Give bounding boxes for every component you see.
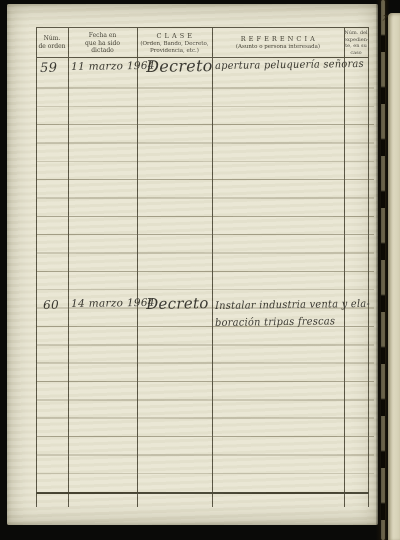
header-subtitle: (Asunto o persona interesada)	[212, 44, 344, 51]
header-title: R E F E R E N C I A	[212, 35, 344, 43]
column-header-clase: C L A S E (Orden, Bando, Decreto, Provid…	[137, 32, 212, 55]
header-line: de orden	[36, 43, 68, 51]
next-page-edge	[388, 13, 400, 540]
entry-fecha: 14 marzo 1964	[71, 297, 155, 310]
table-top-border	[36, 27, 369, 28]
column-header-fecha: Fecha en que ha sido dictado	[68, 32, 137, 55]
entry-fecha: 11 marzo 1964	[71, 60, 155, 73]
column-header-referencia: R E F E R E N C I A (Asunto o persona in…	[212, 35, 344, 51]
entry-clase: Decreto	[146, 56, 213, 76]
ruled-lines	[36, 70, 374, 474]
header-line: dictado	[68, 47, 137, 55]
entry-referencia-line1: Instalar industria venta y ela-	[215, 298, 370, 312]
header-title: C L A S E	[137, 32, 212, 40]
column-header-num-orden: Núm. de orden	[36, 35, 68, 50]
scanned-registry-page: Núm. de orden Fecha en que ha sido dicta…	[7, 4, 378, 525]
grid-line-vertical	[212, 27, 213, 507]
entry-num: 59	[40, 61, 57, 76]
header-line: que ha sido	[68, 40, 137, 48]
column-header-expediente: Núm. del expedien- te, en su caso	[344, 30, 368, 56]
header-line: caso	[344, 50, 368, 57]
entry-clase: Decreto	[146, 294, 209, 313]
grid-line-vertical	[368, 27, 369, 507]
header-line: te, en su	[344, 43, 368, 50]
header-line: Núm.	[36, 35, 68, 43]
header-line: Fecha en	[68, 32, 137, 40]
entry-referencia-line2: boración tripas frescas	[215, 315, 335, 329]
entry-referencia: apertura peluquería señoras	[215, 58, 364, 72]
grid-line-vertical	[344, 27, 345, 507]
grid-line-vertical	[68, 27, 69, 507]
header-subtitle: (Orden, Bando, Decreto,	[137, 41, 212, 48]
entry-num: 60	[43, 298, 59, 312]
header-subtitle: Providencia, etc.)	[137, 48, 212, 55]
header-line: Núm. del	[344, 30, 368, 37]
grid-line-vertical	[137, 27, 138, 507]
table-bottom-border	[36, 492, 369, 494]
grid-line-vertical	[36, 27, 37, 507]
table-grid	[7, 4, 378, 525]
